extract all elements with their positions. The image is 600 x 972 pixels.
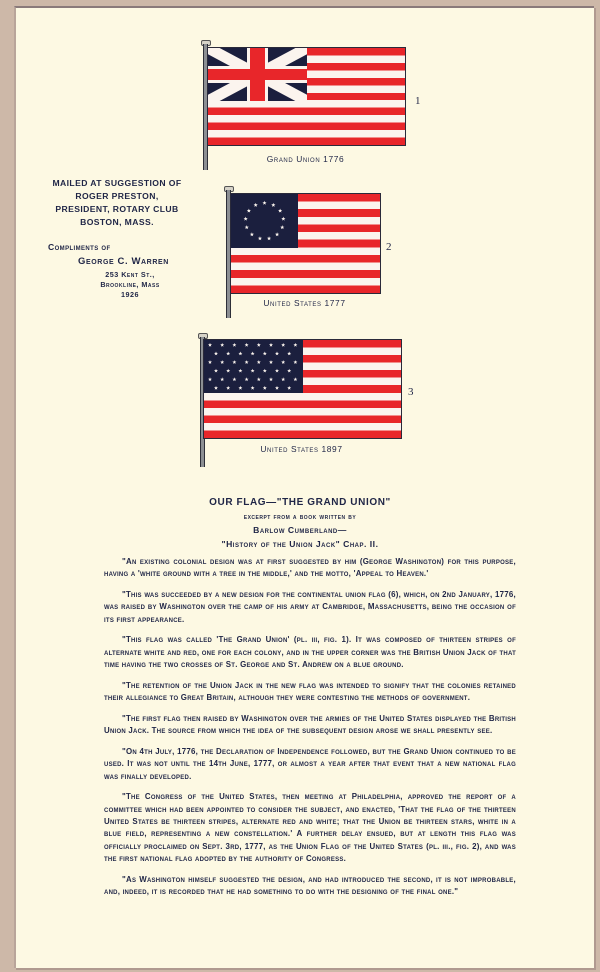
union-jack-canton-icon xyxy=(208,48,307,101)
article-author: Barlow Cumberland— xyxy=(0,525,600,535)
flag-caption: United States 1777 xyxy=(230,298,379,308)
paragraph: "This was succeeded by a new design for … xyxy=(104,589,516,626)
compliments-address-block: 253 Kent St., Brookline, Mass 1926 xyxy=(70,270,190,300)
paragraph: "On 4th July, 1776, the Declaration of I… xyxy=(104,746,516,783)
dedication-line: PRESIDENT, ROTARY CLUB xyxy=(42,203,192,216)
article-source: "History of the Union Jack" Chap. II. xyxy=(0,539,600,549)
figure-number: 2 xyxy=(386,241,392,253)
circle-of-stars-canton-icon xyxy=(231,194,298,248)
paragraph: "The retention of the Union Jack in the … xyxy=(104,680,516,705)
compliments-name: George C. Warren xyxy=(78,256,169,267)
dedication-line: BOSTON, MASS. xyxy=(42,216,192,229)
article-title: OUR FLAG—"THE GRAND UNION" xyxy=(0,497,600,508)
dedication-block: MAILED AT SUGGESTION OF ROGER PRESTON, P… xyxy=(42,177,192,229)
us-1897-flag xyxy=(203,339,402,439)
compliments-city: Brookline, Mass xyxy=(70,280,190,290)
grand-union-flag xyxy=(207,47,406,146)
us-1777-flag xyxy=(230,193,381,294)
dedication-line: ROGER PRESTON, xyxy=(42,190,192,203)
article-body: "An existing colonial design was at firs… xyxy=(104,556,516,907)
paragraph: "The Congress of the United States, then… xyxy=(104,791,516,865)
figure-number: 3 xyxy=(408,386,414,398)
paragraph: "The first flag then raised by Washingto… xyxy=(104,713,516,738)
paragraph: "An existing colonial design was at firs… xyxy=(104,556,516,581)
article-subtitle: excerpt from a book written by xyxy=(0,512,600,521)
paragraph: "This flag was called 'The Grand Union' … xyxy=(104,634,516,671)
flag-caption: United States 1897 xyxy=(203,444,400,454)
compliments-address: 253 Kent St., xyxy=(70,270,190,280)
compliments-year: 1926 xyxy=(70,290,190,300)
flag-caption: Grand Union 1776 xyxy=(207,154,404,164)
compliments-label: Compliments of xyxy=(48,242,111,252)
paragraph: "As Washington himself suggested the des… xyxy=(104,874,516,899)
figure-number: 1 xyxy=(415,95,421,107)
dedication-line: MAILED AT SUGGESTION OF xyxy=(42,177,192,190)
rows-of-stars-canton-icon xyxy=(204,340,303,393)
